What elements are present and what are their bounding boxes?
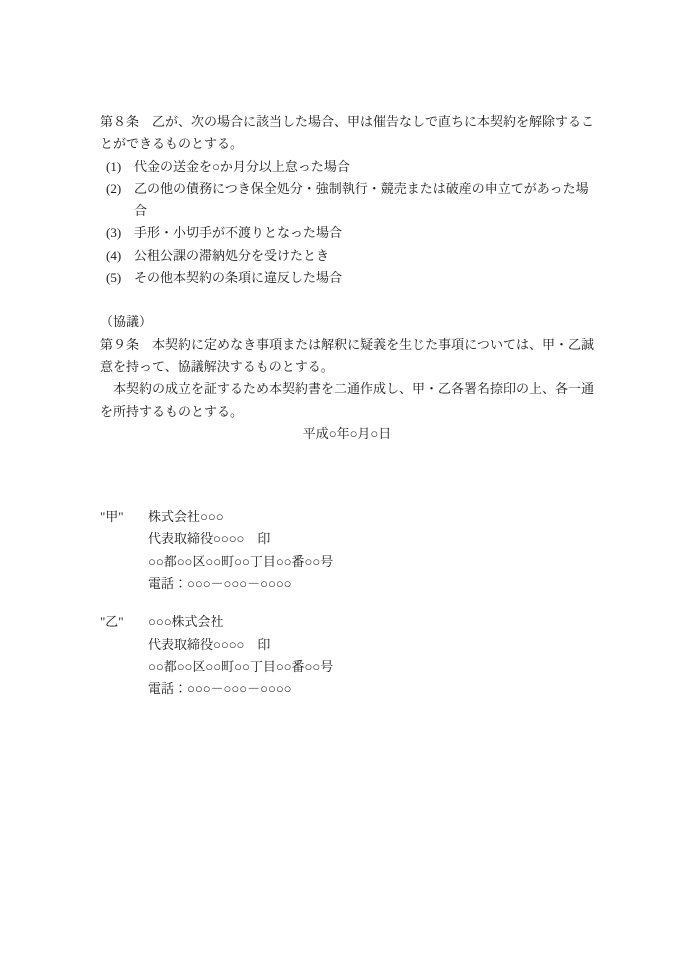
list-item: (5) その他本契約の条項に違反した場合 <box>100 267 594 289</box>
party-label-kou: "甲" <box>100 506 148 595</box>
item-number: (1) <box>106 156 134 178</box>
party-details-kou: 株式会社○○○ 代表取締役○○○○ 印 ○○都○○区○○町○○丁目○○番○○号 … <box>148 506 594 595</box>
item-number: (3) <box>106 222 134 244</box>
contract-content: 第８条 乙が、次の場合に該当した場合、甲は催告なしで直ちに本契約を解除することが… <box>100 111 594 701</box>
party-representative: 代表取締役○○○○ 印 <box>148 634 594 656</box>
list-item: (4) 公租公課の滞納処分を受けたとき <box>100 245 594 267</box>
article-8-section: 第８条 乙が、次の場合に該当した場合、甲は催告なしで直ちに本契約を解除することが… <box>100 111 594 289</box>
list-item: (3) 手形・小切手が不渡りとなった場合 <box>100 222 594 244</box>
item-text: その他本契約の条項に違反した場合 <box>134 267 594 289</box>
list-item: (1) 代金の送金を○か月分以上怠った場合 <box>100 156 594 178</box>
party-block-otsu: "乙" ○○○株式会社 代表取締役○○○○ 印 ○○都○○区○○町○○丁目○○番… <box>100 611 594 700</box>
article-8-item-list: (1) 代金の送金を○か月分以上怠った場合 (2) 乙の他の債務につき保全処分・… <box>100 156 594 290</box>
article-8-text: 第８条 乙が、次の場合に該当した場合、甲は催告なしで直ちに本契約を解除することが… <box>100 111 594 156</box>
party-address: ○○都○○区○○町○○丁目○○番○○号 <box>148 656 594 678</box>
item-text: 代金の送金を○か月分以上怠った場合 <box>134 156 594 178</box>
contract-page: 第８条 乙が、次の場合に該当した場合、甲は催告なしで直ちに本契約を解除することが… <box>0 0 680 962</box>
party-phone: 電話：○○○－○○○－○○○○ <box>148 678 594 700</box>
date-line: 平成○年○月○日 <box>100 423 594 445</box>
article-9-section: （協議） 第９条 本契約に定めなき事項または解釈に疑義を生じた事項については、甲… <box>100 311 594 378</box>
item-number: (5) <box>106 267 134 289</box>
party-address: ○○都○○区○○町○○丁目○○番○○号 <box>148 551 594 573</box>
item-text: 手形・小切手が不渡りとなった場合 <box>134 222 594 244</box>
article-9-text: 第９条 本契約に定めなき事項または解釈に疑義を生じた事項については、甲・乙誠意を… <box>100 334 594 379</box>
closing-statement: 本契約の成立を証するため本契約書を二通作成し、甲・乙各署名捺印の上、各一通を所持… <box>100 378 594 423</box>
party-company-name: 株式会社○○○ <box>148 506 594 528</box>
item-number: (4) <box>106 245 134 267</box>
item-number: (2) <box>106 178 134 223</box>
party-phone: 電話：○○○－○○○－○○○○ <box>148 573 594 595</box>
party-details-otsu: ○○○株式会社 代表取締役○○○○ 印 ○○都○○区○○町○○丁目○○番○○号 … <box>148 611 594 700</box>
list-item: (2) 乙の他の債務につき保全処分・強制執行・競売または破産の申立てがあった場合 <box>100 178 594 223</box>
item-text: 公租公課の滞納処分を受けたとき <box>134 245 594 267</box>
item-text: 乙の他の債務につき保全処分・強制執行・競売または破産の申立てがあった場合 <box>134 178 594 223</box>
party-company-name: ○○○株式会社 <box>148 611 594 633</box>
party-block-kou: "甲" 株式会社○○○ 代表取締役○○○○ 印 ○○都○○区○○町○○丁目○○番… <box>100 506 594 595</box>
article-9-heading: （協議） <box>100 311 594 333</box>
party-representative: 代表取締役○○○○ 印 <box>148 528 594 550</box>
party-label-otsu: "乙" <box>100 611 148 700</box>
